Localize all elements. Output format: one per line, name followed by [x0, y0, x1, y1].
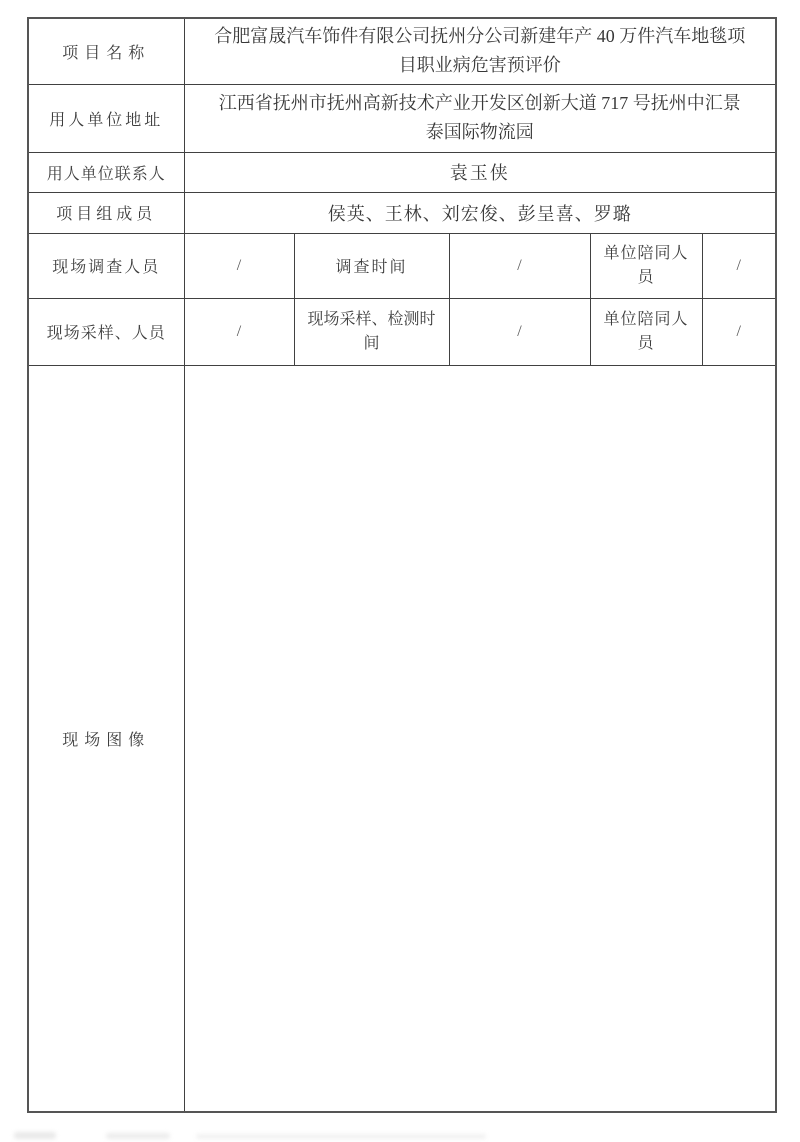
row-project-team: 项目组成员 侯英、王林、刘宏俊、彭呈喜、罗璐: [28, 192, 776, 233]
survey-time-value: /: [449, 233, 590, 298]
employer-address-value: 江西省抚州市抚州高新技术产业开发区创新大道 717 号抚州中汇景泰国际物流园: [215, 89, 745, 147]
row-site-images: 现场图像: [28, 365, 776, 1112]
employer-address-label: 用人单位地址: [28, 84, 184, 152]
pre-evaluation-form-table: 项目名称 合肥富晟汽车饰件有限公司抚州分公司新建年产 40 万件汽车地毯项目职业…: [27, 17, 777, 1113]
site-images-label: 现场图像: [28, 365, 184, 1112]
row-project-name: 项目名称 合肥富晟汽车饰件有限公司抚州分公司新建年产 40 万件汽车地毯项目职业…: [28, 18, 776, 84]
project-name-value: 合肥富晟汽车饰件有限公司抚州分公司新建年产 40 万件汽车地毯项目职业病危害预评…: [210, 22, 750, 80]
site-survey-personnel-value: /: [184, 233, 294, 298]
scan-artifact: [196, 1134, 486, 1139]
survey-escort-value: /: [702, 233, 776, 298]
site-survey-label: 现场调查人员: [28, 233, 184, 298]
sampling-escort-label-cell: 单位陪同人员: [590, 298, 702, 365]
site-sampling-label: 现场采样、人员: [28, 298, 184, 365]
project-team-label: 项目组成员: [28, 192, 184, 233]
scan-artifact: [106, 1133, 170, 1139]
row-employer-contact: 用人单位联系人 袁玉侠: [28, 152, 776, 192]
project-name-value-cell: 合肥富晟汽车饰件有限公司抚州分公司新建年产 40 万件汽车地毯项目职业病危害预评…: [184, 18, 776, 84]
document-page: 项目名称 合肥富晟汽车饰件有限公司抚州分公司新建年产 40 万件汽车地毯项目职业…: [0, 0, 800, 1142]
sampling-time-label: 现场采样、检测时间: [304, 308, 439, 356]
survey-escort-label: 单位陪同人员: [601, 242, 691, 290]
survey-time-label: 调查时间: [294, 233, 449, 298]
sampling-time-label-cell: 现场采样、检测时间: [294, 298, 449, 365]
site-images-area: [184, 365, 776, 1112]
employer-contact-label: 用人单位联系人: [28, 152, 184, 192]
sampling-time-value: /: [449, 298, 590, 365]
sampling-escort-label: 单位陪同人员: [601, 308, 691, 356]
row-site-survey: 现场调查人员 / 调查时间 / 单位陪同人员 /: [28, 233, 776, 298]
employer-contact-value: 袁玉侠: [184, 152, 776, 192]
site-sampling-personnel-value: /: [184, 298, 294, 365]
project-team-value: 侯英、王林、刘宏俊、彭呈喜、罗璐: [184, 192, 776, 233]
employer-address-value-cell: 江西省抚州市抚州高新技术产业开发区创新大道 717 号抚州中汇景泰国际物流园: [184, 84, 776, 152]
row-site-sampling: 现场采样、人员 / 现场采样、检测时间 / 单位陪同人员 /: [28, 298, 776, 365]
row-employer-address: 用人单位地址 江西省抚州市抚州高新技术产业开发区创新大道 717 号抚州中汇景泰…: [28, 84, 776, 152]
survey-escort-label-cell: 单位陪同人员: [590, 233, 702, 298]
sampling-escort-value: /: [702, 298, 776, 365]
project-name-label: 项目名称: [28, 18, 184, 84]
scan-artifact: [14, 1132, 56, 1139]
